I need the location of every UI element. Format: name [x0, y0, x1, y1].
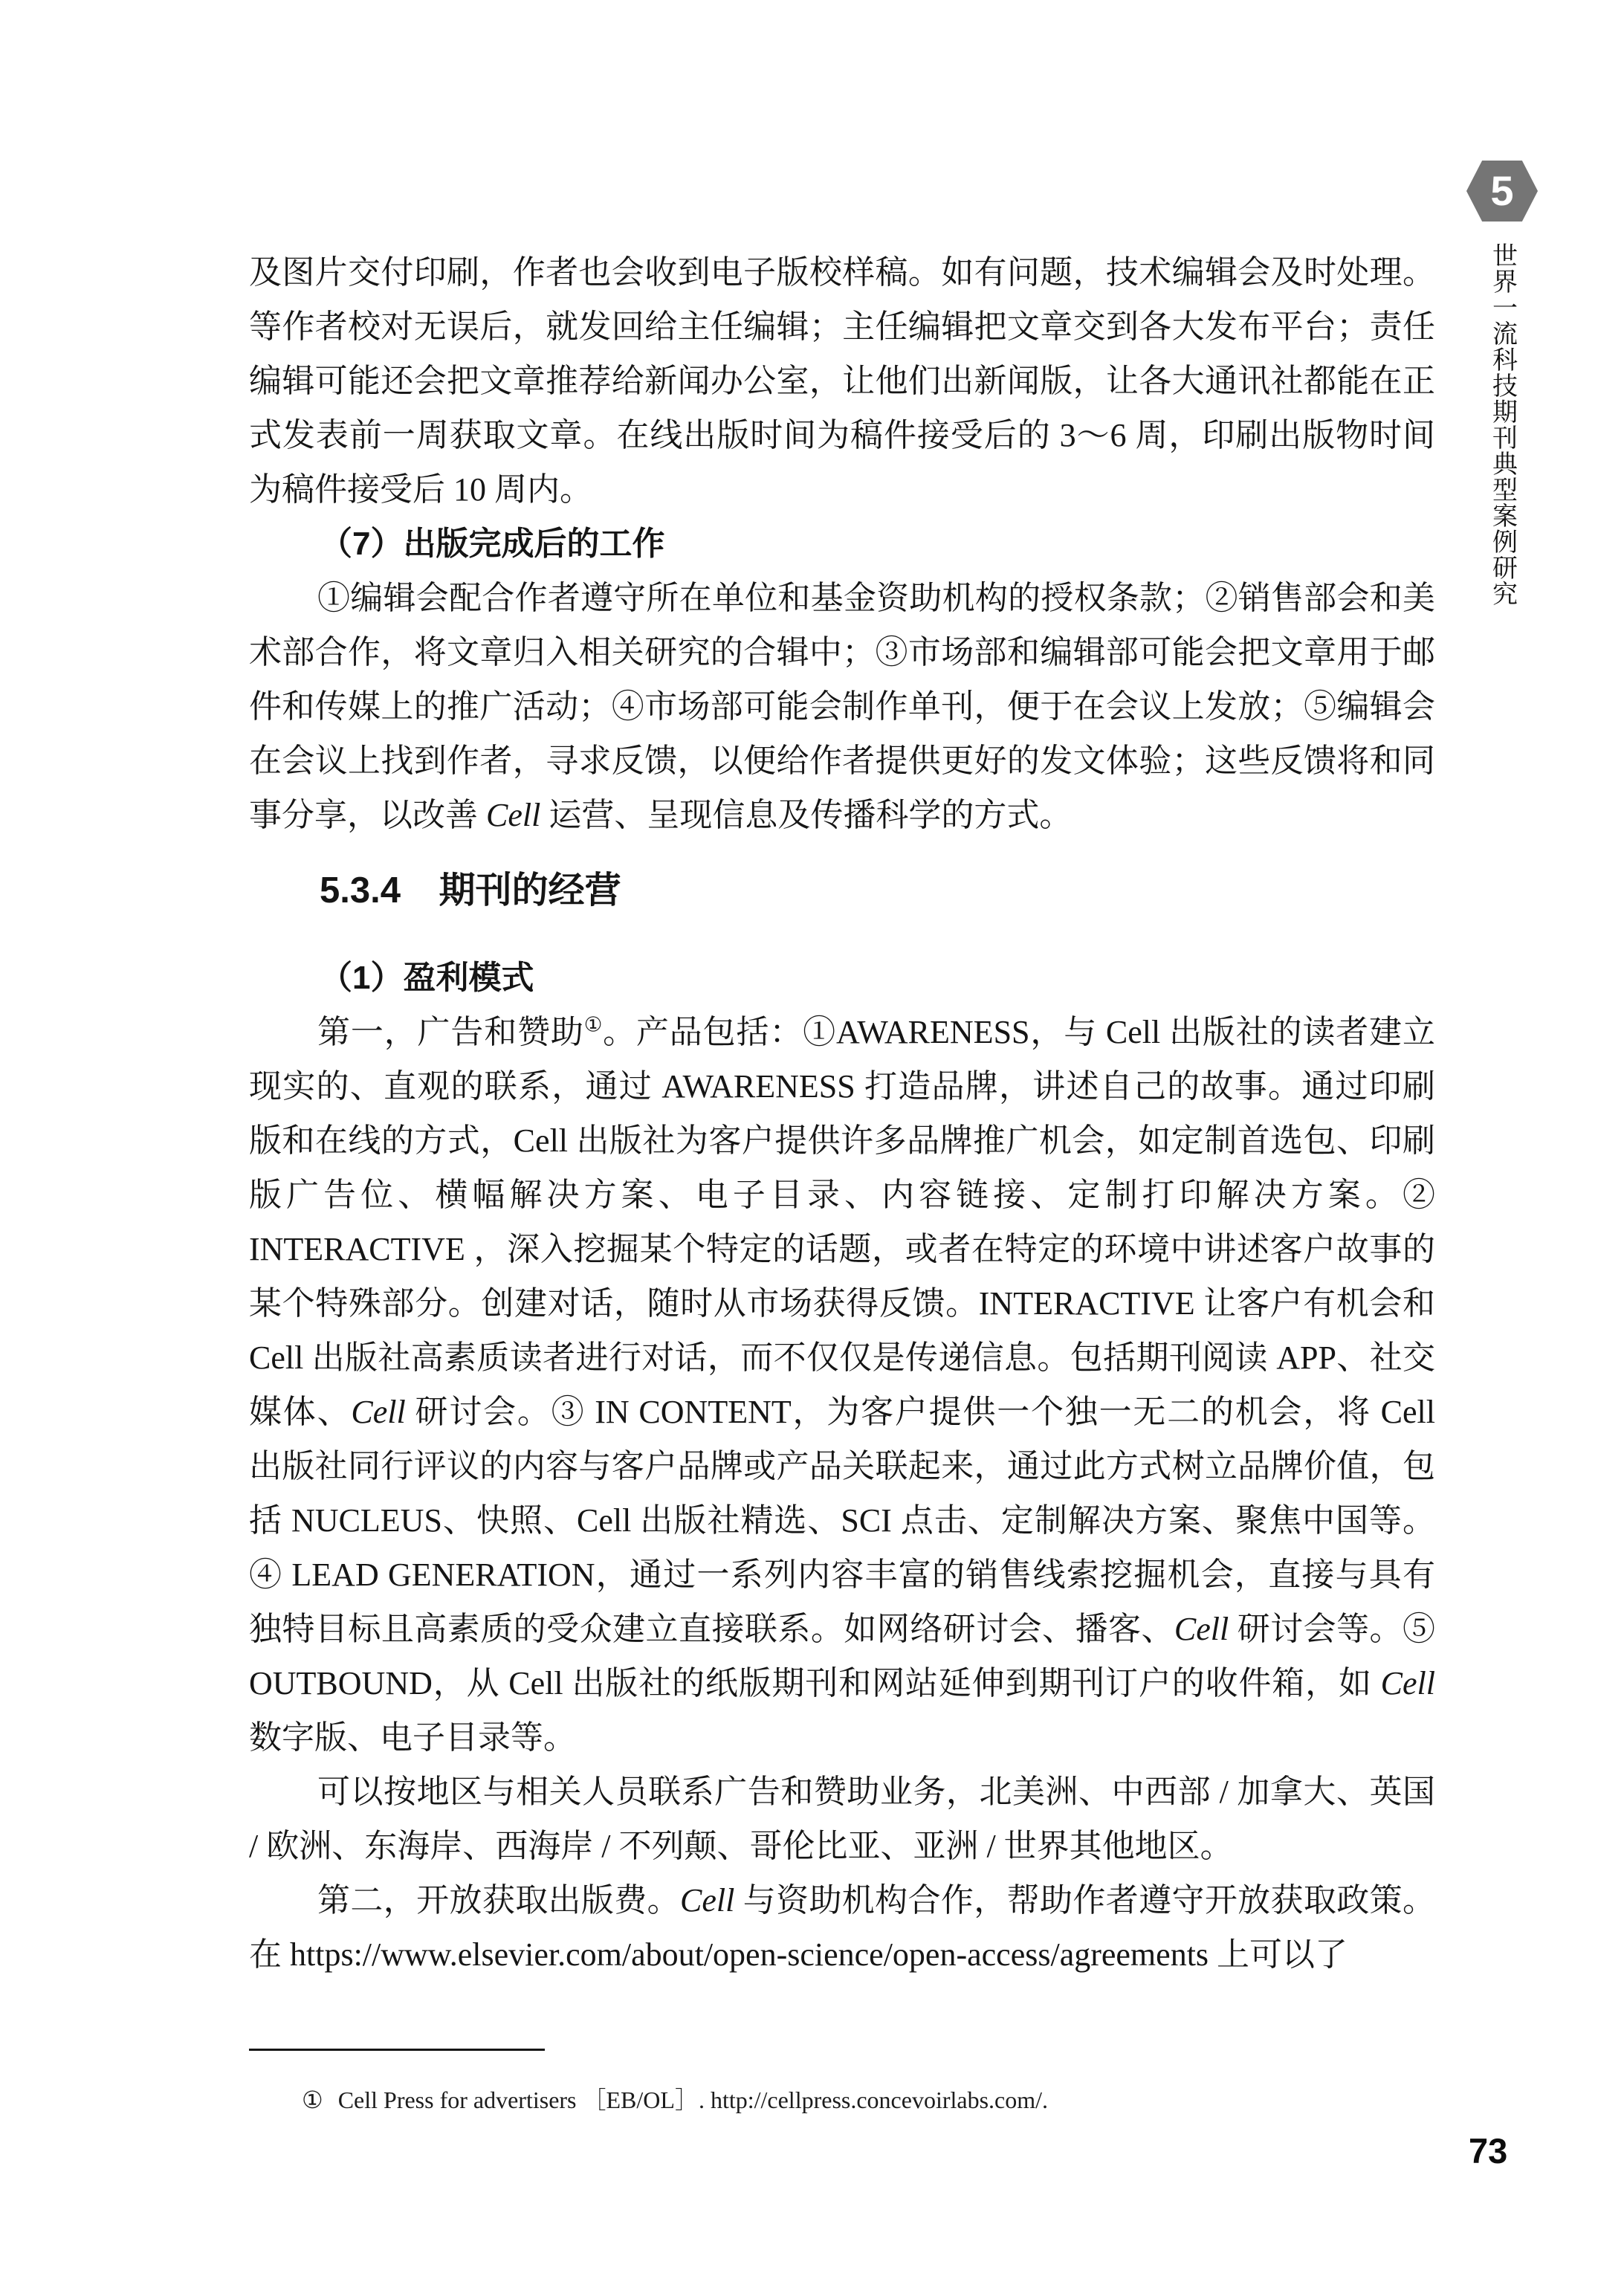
subheading-profit-model: （1）盈利模式 [249, 951, 1435, 1005]
text-run: 数字版、电子目录等。 [249, 1719, 576, 1756]
chapter-title-vertical: 世界一流科技期刊典型案例研究 [1484, 242, 1521, 607]
footnote: ①Cell Press for advertisers ［EB/OL］. htt… [302, 2083, 1387, 2117]
paragraph-advertising-sponsorship: 第一，广告和赞助①。产品包括：①AWARENESS，与 Cell 出版社的读者建… [249, 1005, 1435, 1765]
section-heading-journal-operation: 5.3.4 期刊的经营 [249, 857, 1435, 924]
text-run: 研讨会。③ IN CONTENT，为客户提供一个独一无二的机会，将 Cell 出… [249, 1394, 1435, 1647]
section-number: 5.3.4 [320, 870, 401, 911]
paragraph-print-delivery: 及图片交付印刷，作者也会收到电子版校样稿。如有问题，技术编辑会及时处理。等作者校… [249, 245, 1435, 517]
page-number: 73 [1469, 2130, 1507, 2171]
paragraph-regional-contacts: 可以按地区与相关人员联系广告和赞助业务，北美洲、中西部 / 加拿大、英国 / 欧… [249, 1765, 1435, 1873]
journal-name-italic: Cell [680, 1882, 734, 1919]
chapter-number-badge: 5 [1466, 161, 1538, 222]
text-run: 运营、呈现信息及传播科学的方式。 [540, 797, 1072, 833]
main-text-column: 及图片交付印刷，作者也会收到电子版校样稿。如有问题，技术编辑会及时处理。等作者校… [249, 245, 1435, 1982]
footnote-divider [249, 2049, 545, 2051]
text-run: 第一，广告和赞助 [317, 1014, 584, 1050]
text-run: 。产品包括：①AWARENESS，与 Cell 出版社的读者建立现实的、直观的联… [249, 1014, 1435, 1430]
chapter-number: 5 [1490, 170, 1513, 212]
journal-name-italic: Cell [486, 797, 540, 833]
footnote-marker: ① [302, 2087, 323, 2113]
section-title: 期刊的经营 [439, 870, 621, 911]
footnote-text: Cell Press for advertisers ［EB/OL］. http… [338, 2087, 1048, 2113]
paragraph-post-publication-tasks: ①编辑会配合作者遵守所在单位和基金资助机构的授权条款；②销售部会和美术部合作，将… [249, 571, 1435, 842]
text-run: 第二，开放获取出版费。 [317, 1882, 680, 1919]
text-run: ①编辑会配合作者遵守所在单位和基金资助机构的授权条款；②销售部会和美术部合作，将… [249, 580, 1435, 833]
journal-name-italic: Cell [1381, 1665, 1435, 1701]
book-page: 及图片交付印刷，作者也会收到电子版校样稿。如有问题，技术编辑会及时处理。等作者校… [0, 0, 1624, 2282]
footnote-reference-mark: ① [584, 1013, 603, 1035]
journal-name-italic: Cell [1174, 1611, 1229, 1647]
subheading-post-publication-work: （7）出版完成后的工作 [249, 517, 1435, 571]
chapter-tab: 5 世界一流科技期刊典型案例研究 [1466, 161, 1538, 607]
journal-name-italic: Cell [351, 1394, 405, 1430]
paragraph-open-access-fees: 第二，开放获取出版费。Cell 与资助机构合作，帮助作者遵守开放获取政策。在 h… [249, 1873, 1435, 1982]
